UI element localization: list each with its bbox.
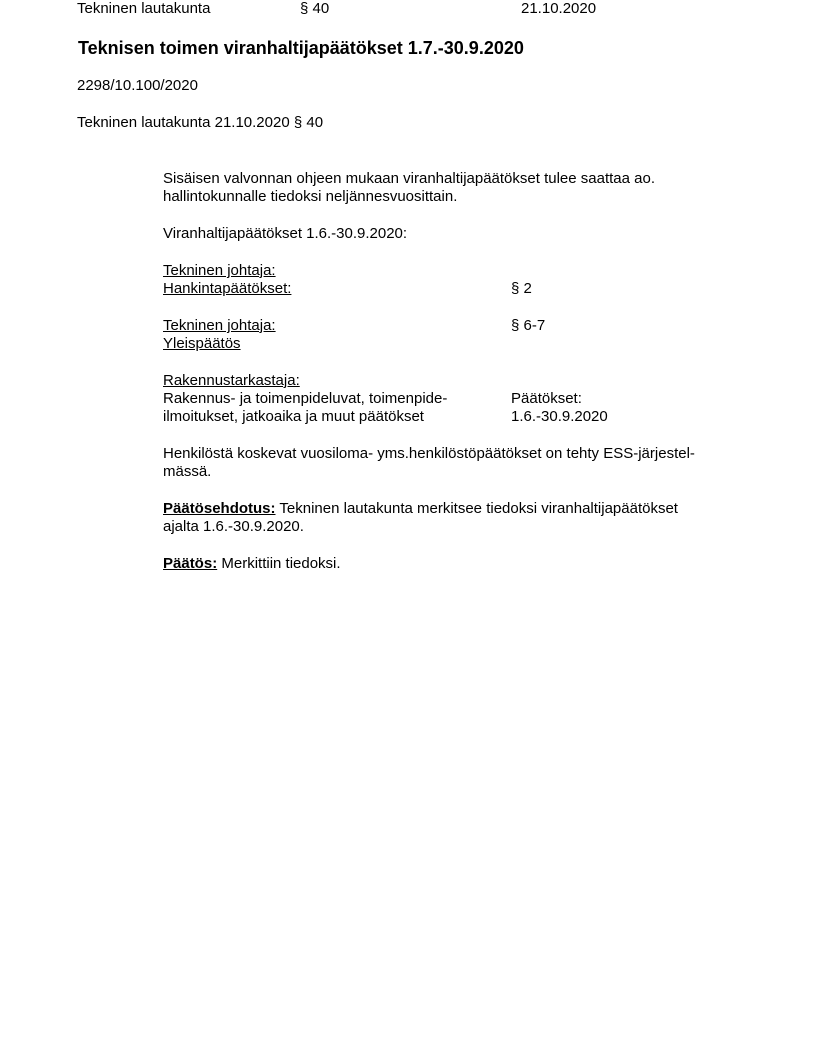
proposal-text: Tekninen lautakunta merkitsee tiedoksi v… — [276, 500, 678, 517]
decision-proposal: Päätösehdotus: Tekninen lautakunta merki… — [163, 500, 743, 536]
intro-line: Sisäisen valvonnan ohjeen mukaan viranha… — [163, 170, 743, 188]
group-role: Tekninen johtaja: — [163, 317, 276, 334]
decision-group-2: Tekninen johtaja: § 6-7 Yleispäätös — [163, 317, 743, 353]
personnel-note: Henkilöstä koskevat vuosiloma- yms.henki… — [163, 445, 743, 481]
group-reference-line: Päätökset: — [511, 390, 743, 408]
personnel-note-line: Henkilöstä koskevat vuosiloma- yms.henki… — [163, 445, 743, 463]
group-item-line: Rakennus- ja toimenpideluvat, toimenpide… — [163, 390, 511, 408]
intro-line: hallintokunnalle tiedoksi neljännesvuosi… — [163, 188, 743, 206]
header-section-number: § 40 — [300, 0, 329, 18]
case-number: 2298/10.100/2020 — [77, 77, 198, 95]
decision-label: Päätös: — [163, 555, 217, 572]
decision-group-3: Rakennustarkastaja: Rakennus- ja toimenp… — [163, 372, 743, 426]
period-heading: Viranhaltijapäätökset 1.6.-30.9.2020: — [163, 225, 743, 243]
group-role: Rakennustarkastaja: — [163, 372, 300, 389]
header-committee: Tekninen lautakunta — [77, 0, 210, 18]
document-body: Sisäisen valvonnan ohjeen mukaan viranha… — [163, 170, 743, 592]
group-reference-line: 1.6.-30.9.2020 — [511, 408, 743, 426]
proposal-text-line: ajalta 1.6.-30.9.2020. — [163, 518, 743, 536]
document-title: Teknisen toimen viranhaltijapäätökset 1.… — [78, 37, 524, 59]
group-item: Hankintapäätökset: — [163, 280, 291, 297]
intro-paragraph: Sisäisen valvonnan ohjeen mukaan viranha… — [163, 170, 743, 206]
meeting-reference: Tekninen lautakunta 21.10.2020 § 40 — [77, 114, 323, 132]
header-date: 21.10.2020 — [521, 0, 596, 18]
group-reference: § 6-7 — [511, 317, 743, 335]
proposal-label: Päätösehdotus: — [163, 500, 276, 517]
personnel-note-line: mässä. — [163, 463, 743, 481]
decision: Päätös: Merkittiin tiedoksi. — [163, 555, 743, 573]
group-reference: § 2 — [511, 280, 743, 298]
group-role: Tekninen johtaja: — [163, 262, 511, 280]
group-item-line: ilmoitukset, jatkoaika ja muut päätökset — [163, 408, 511, 426]
group-item: Yleispäätös — [163, 335, 241, 352]
decision-text: Merkittiin tiedoksi. — [217, 555, 340, 572]
decision-group-1: Tekninen johtaja: Hankintapäätökset: § 2 — [163, 262, 743, 298]
